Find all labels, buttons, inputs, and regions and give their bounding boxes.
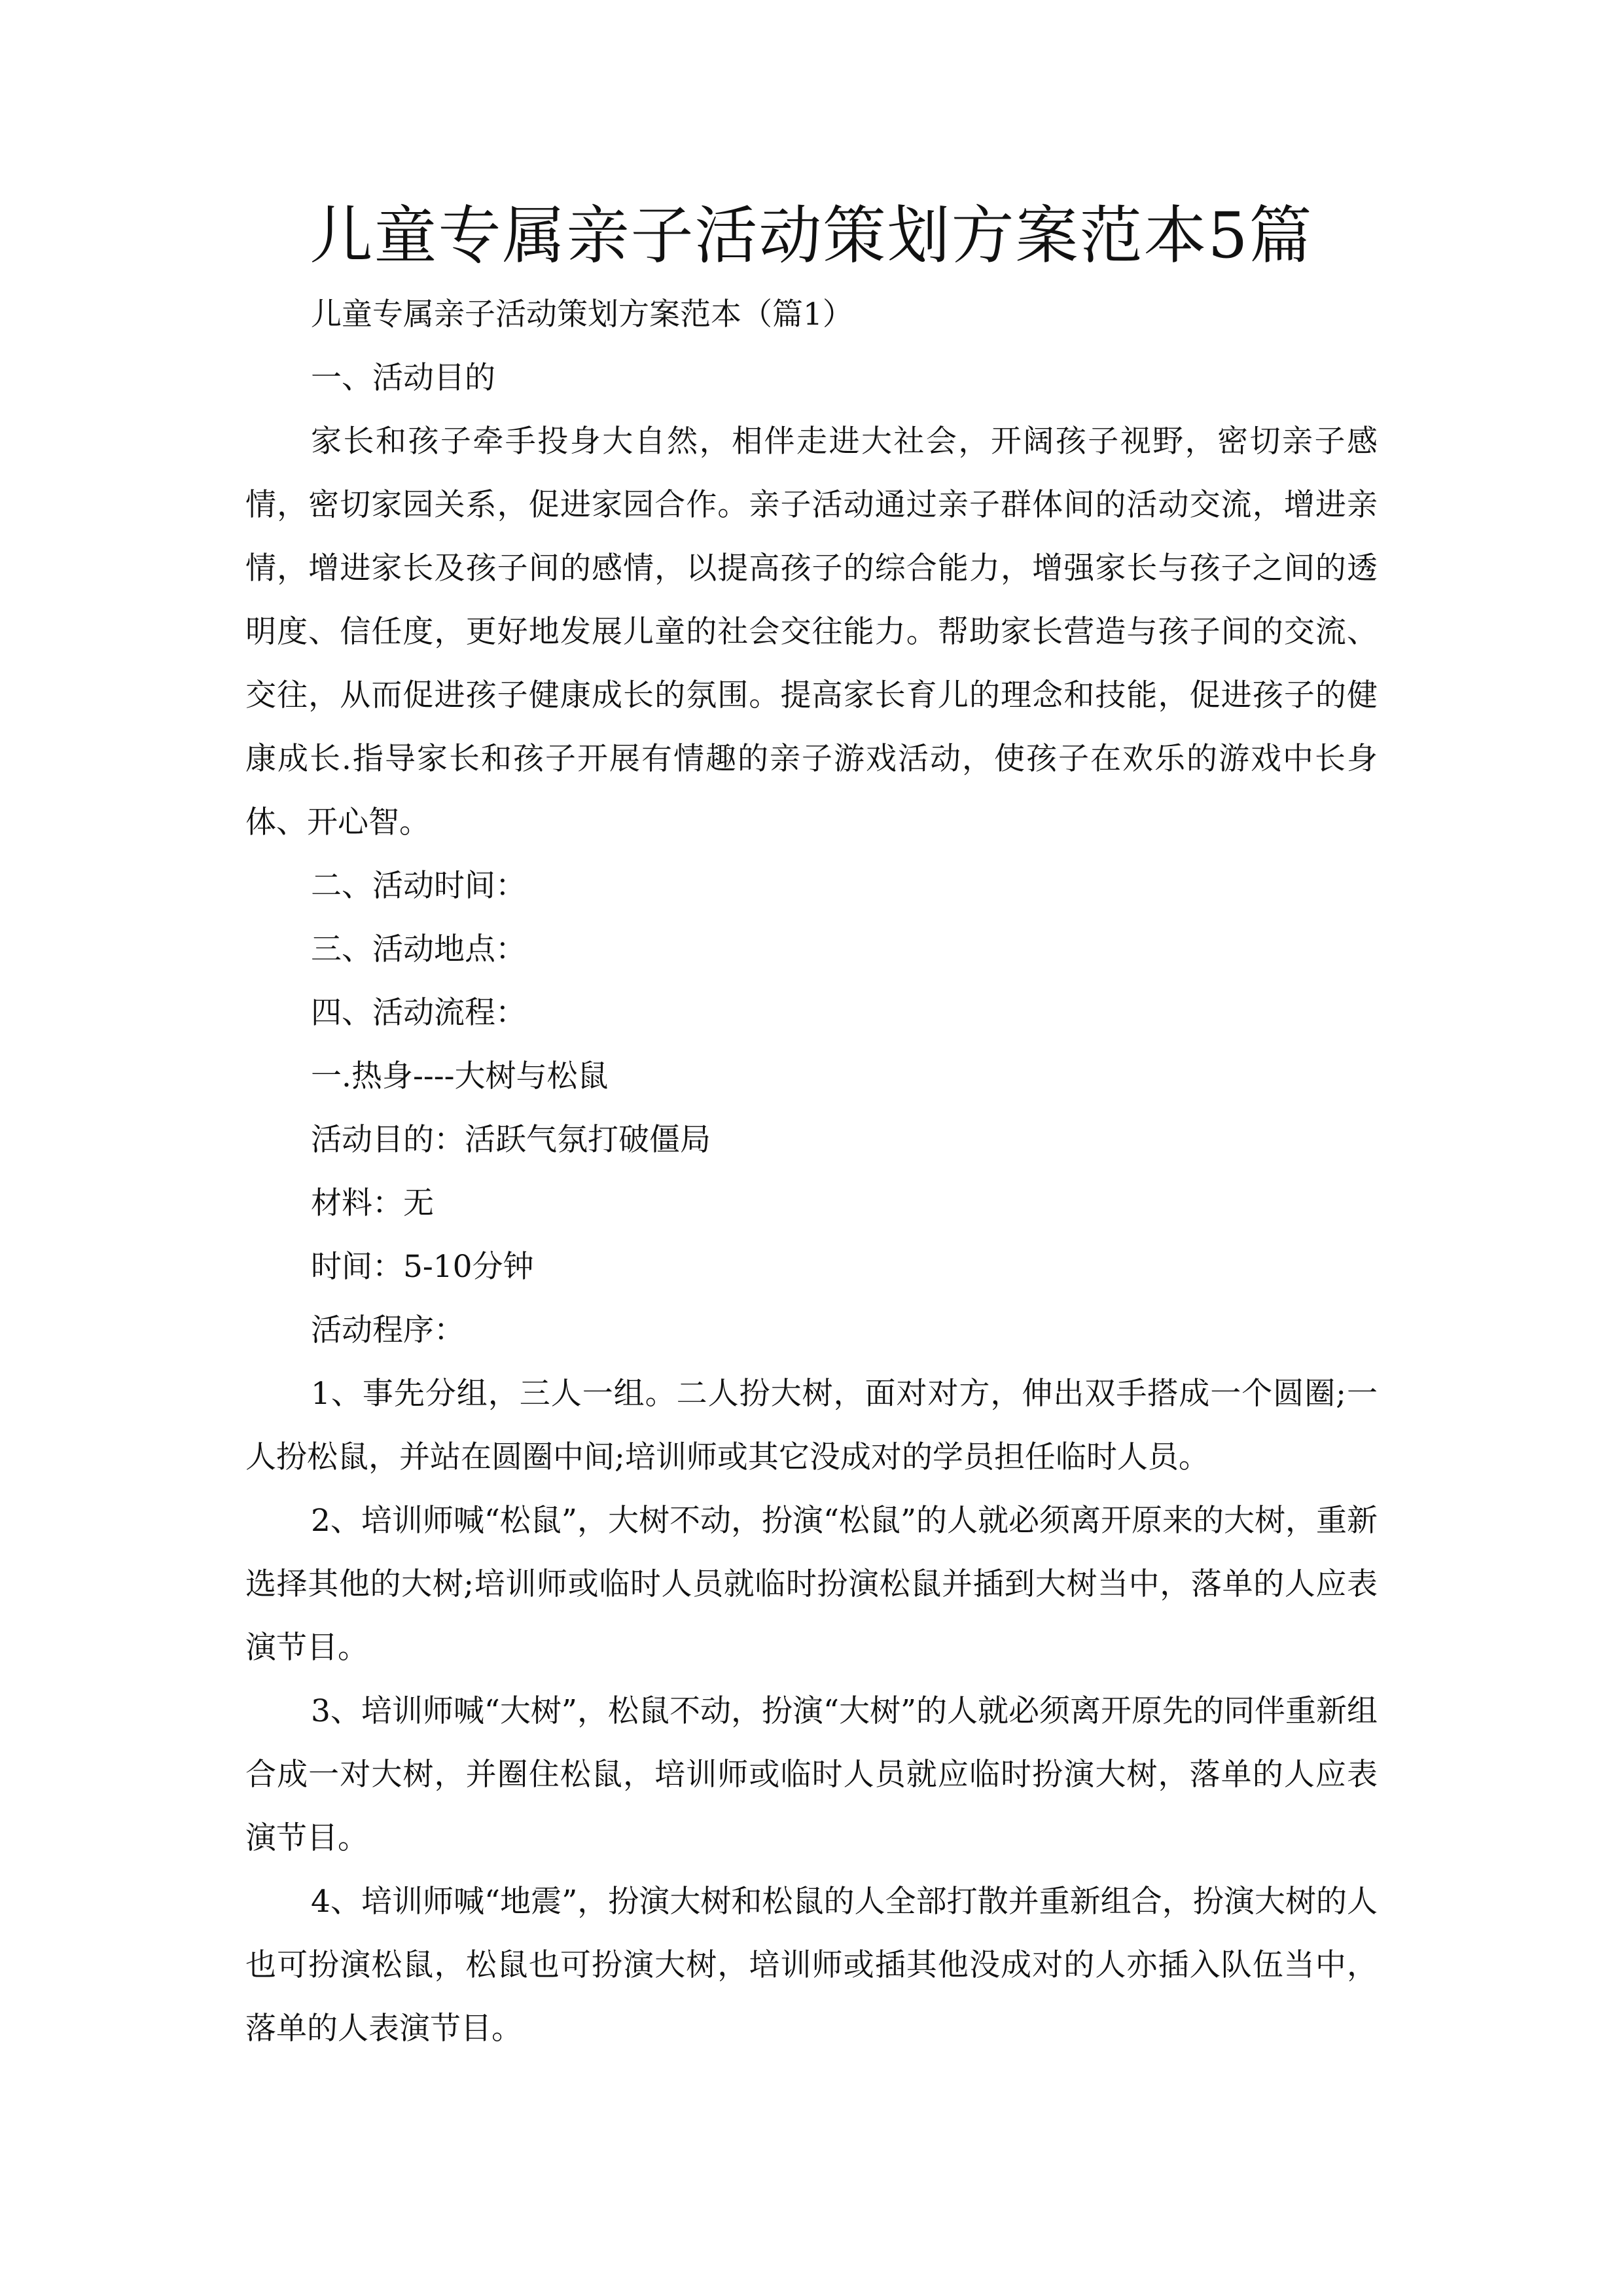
warmup-goal: 活动目的：活跃气氛打破僵局 xyxy=(245,1108,1378,1172)
section-heading-location: 三、活动地点： xyxy=(245,918,1378,981)
subsection-heading-warmup: 一.热身----大树与松鼠 xyxy=(245,1045,1378,1108)
warmup-materials: 材料：无 xyxy=(245,1172,1378,1235)
section-heading-time: 二、活动时间： xyxy=(245,854,1378,918)
document-title: 儿童专属亲子活动策划方案范本5篇 xyxy=(245,196,1378,275)
procedure-step-4: 4、培训师喊“地震”，扮演大树和松鼠的人全部打散并重新组合，扮演大树的人也可扮演… xyxy=(245,1870,1378,2060)
warmup-duration: 时间：5-10分钟 xyxy=(245,1235,1378,1299)
section-heading-process: 四、活动流程： xyxy=(245,981,1378,1045)
section-heading-purpose: 一、活动目的 xyxy=(245,346,1378,410)
warmup-procedure-heading: 活动程序： xyxy=(245,1299,1378,1362)
document-body: 儿童专属亲子活动策划方案范本（篇1） 一、活动目的 家长和孩子牵手投身大自然，相… xyxy=(245,283,1378,2060)
procedure-step-2: 2、培训师喊“松鼠”，大树不动，扮演“松鼠”的人就必须离开原来的大树，重新选择其… xyxy=(245,1489,1378,1679)
paragraph-purpose: 家长和孩子牵手投身大自然，相伴走进大社会，开阔孩子视野，密切亲子感情，密切家园关… xyxy=(245,410,1378,854)
procedure-step-3: 3、培训师喊“大树”，松鼠不动，扮演“大树”的人就必须离开原先的同伴重新组合成一… xyxy=(245,1679,1378,1870)
procedure-step-1: 1、事先分组，三人一组。二人扮大树，面对对方，伸出双手搭成一个圆圈;一人扮松鼠，… xyxy=(245,1362,1378,1489)
document-subtitle: 儿童专属亲子活动策划方案范本（篇1） xyxy=(245,283,1378,346)
